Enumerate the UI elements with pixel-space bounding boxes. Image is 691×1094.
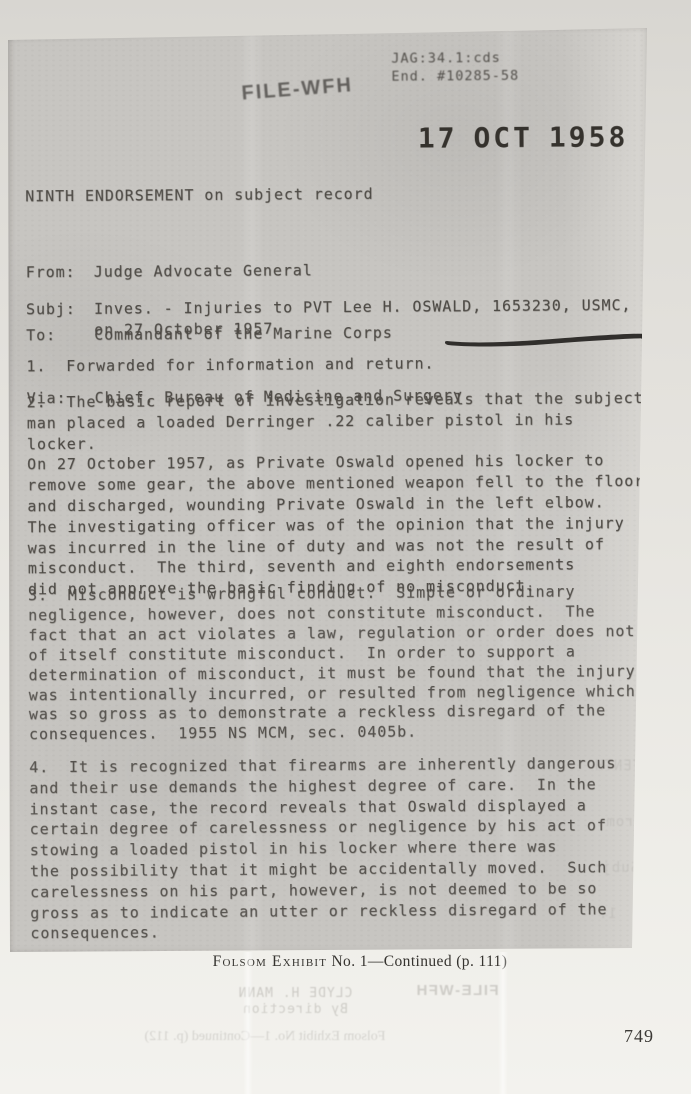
- bleed-through-by-direction: By direction: [242, 1002, 348, 1017]
- endorsement-number-line: End. #10285-58: [391, 67, 519, 86]
- bleed-through-file-stamp: FILE-WFH: [415, 982, 499, 999]
- endorsement-heading: NINTH ENDORSEMENT on subject record: [25, 184, 373, 207]
- paragraph-4: 4. It is recognized that firearms are in…: [29, 753, 617, 944]
- jag-reference-block: JAG:34.1:cds End. #10285-58: [391, 49, 519, 86]
- page-number: 749: [624, 1026, 654, 1047]
- fold-line-left: [243, 952, 253, 1094]
- exhibit-caption: Folsom Exhibit No. 1—Continued (p. 111): [140, 953, 580, 971]
- file-wfh-stamp: FILE-WFH: [241, 74, 354, 105]
- bleed-through-caption: Folsom Exhibit No. 1—Continued (p. 112): [100, 1029, 430, 1045]
- exhibit-caption-title: Folsom Exhibit: [213, 953, 328, 970]
- date-received-stamp: 17 OCT 1958: [418, 120, 629, 154]
- scanned-book-page: { "stamps": { "jag_ref": "JAG:34.1:cds",…: [0, 0, 691, 1094]
- typed-text-layer: JAG:34.1:cds End. #10285-58 FILE-WFH 17 …: [5, 24, 650, 954]
- photostat-sheet: JAG:34.1:cds End. #10285-58 FILE-WFH 17 …: [8, 28, 647, 954]
- subject-label: Subj:: [26, 299, 94, 341]
- edge-bleed-fragment-4: 1.: [598, 906, 617, 922]
- bleed-through-signature: CLYDE H. MANN: [205, 986, 385, 1001]
- from-label: From:: [26, 261, 94, 283]
- fold-line-right: [498, 952, 508, 1094]
- jag-reference-line: JAG:34.1:cds: [391, 49, 519, 68]
- paragraph-1: 1. Forwarded for information and return.: [26, 353, 434, 377]
- from-row: From: Judge Advocate General: [26, 259, 462, 284]
- ink-pen-mark: [445, 325, 655, 351]
- paragraph-3: 3. Misconduct is wrongful conduct. Simpl…: [28, 582, 646, 746]
- exhibit-caption-rest: No. 1—Continued (p. 111): [327, 953, 507, 970]
- edge-bleed-fragment-2: From:: [596, 814, 643, 830]
- from-value: Judge Advocate General: [94, 260, 313, 283]
- paragraph-2: 2. The basic report of investigation rev…: [27, 388, 648, 600]
- edge-bleed-fragment-1: TENTH: [594, 758, 641, 774]
- edge-bleed-fragment-3: Subj:: [592, 860, 639, 876]
